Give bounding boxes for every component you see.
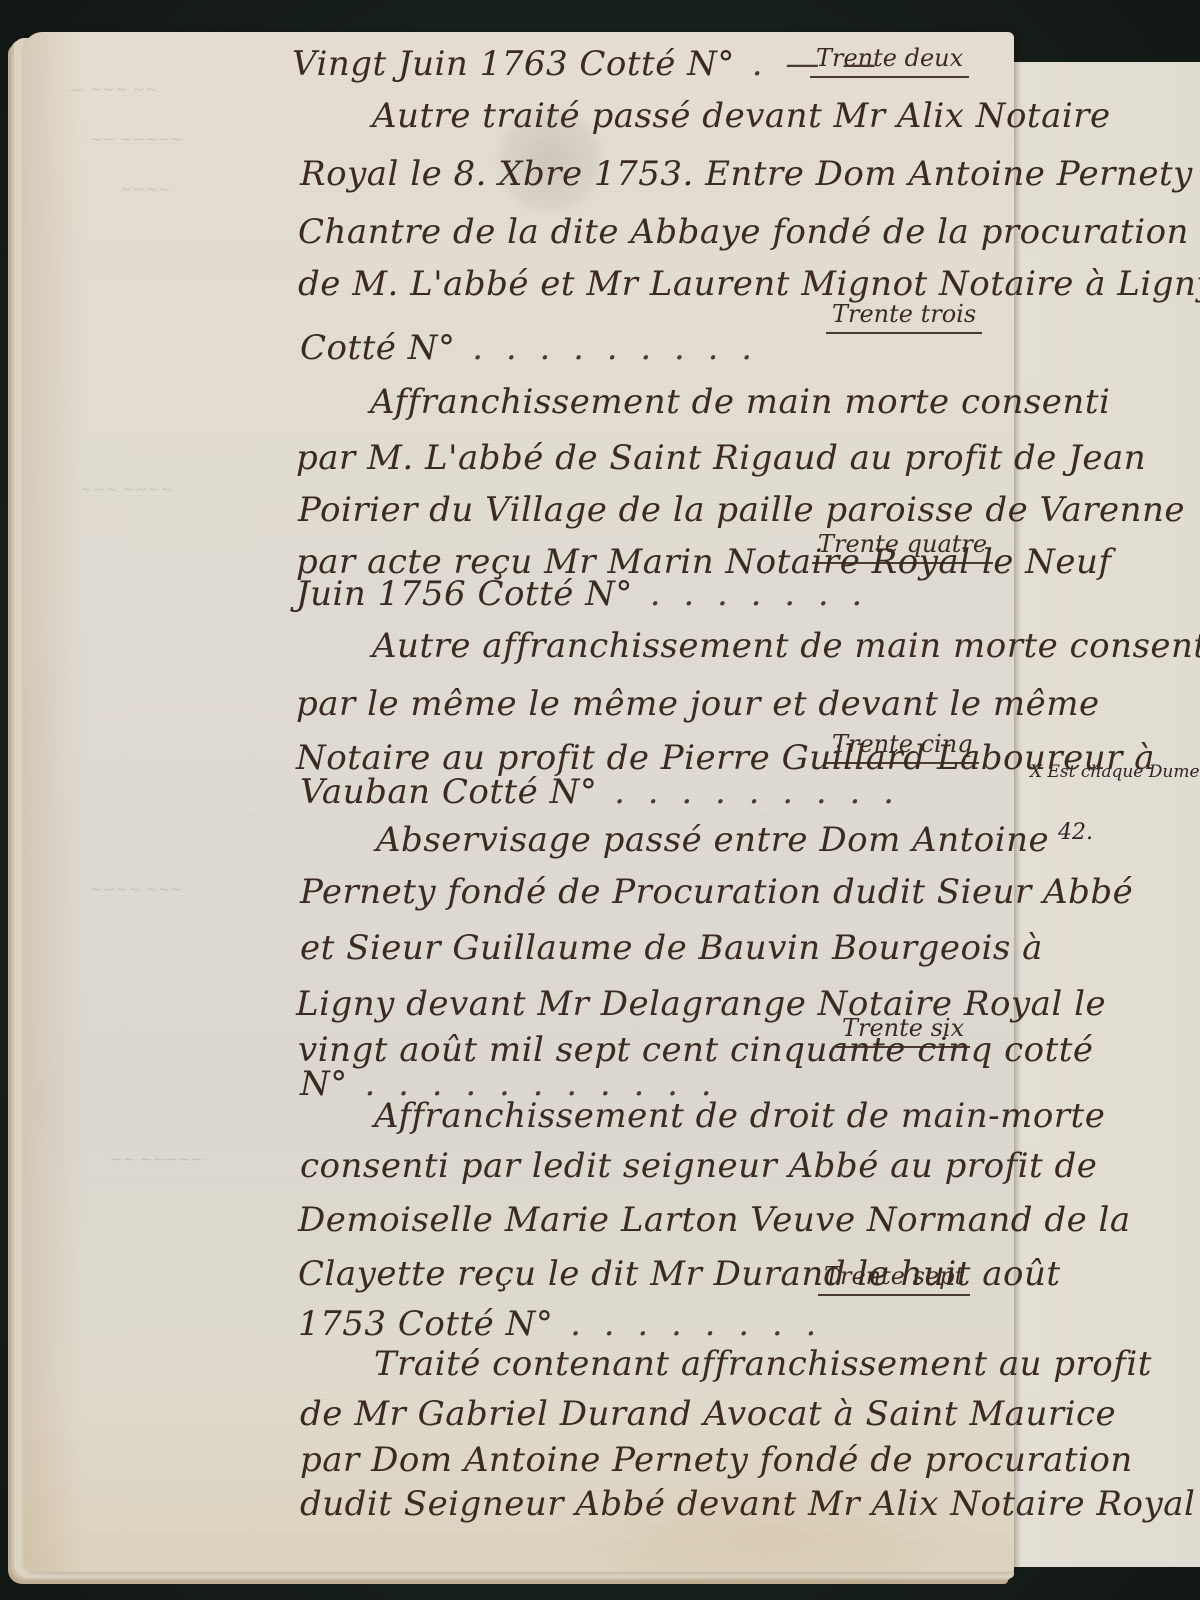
text-line: Traité contenant affranchissement au pro…	[374, 1344, 1152, 1384]
leader-dots: . . . . . . . . .	[456, 328, 759, 368]
bleed-through-text: ~~~~	[120, 180, 170, 198]
text-line-content: et Sieur Guillaume de Bauvin Bourgeois à	[300, 928, 1043, 968]
text-line: Cotté N° . . . . . . . . .	[300, 328, 758, 368]
text-line: Chantre de la dite Abbaye fondé de la pr…	[298, 212, 1189, 252]
leader-dots: . . . . . . . . .	[597, 772, 900, 812]
text-line-content: Autre traité passé devant Mr Alix Notair…	[372, 96, 1111, 136]
text-line: Autre affranchissement de main morte con…	[372, 626, 1200, 666]
text-line: Affranchissement de main morte consenti	[370, 382, 1110, 422]
margin-number: 42.	[1058, 820, 1093, 845]
text-line: Poirier du Village de la paille paroisse…	[298, 490, 1185, 530]
text-line: Abservisage passé entre Dom Antoine	[376, 820, 1049, 860]
text-line: Clayette reçu le dit Mr Durand le huit a…	[298, 1254, 1061, 1294]
text-line-content: Pernety fondé de Procuration dudit Sieur…	[300, 872, 1133, 912]
text-line: de M. L'abbé et Mr Laurent Mignot Notair…	[298, 264, 1200, 304]
text-line-content: Juin 1756 Cotté N°	[296, 574, 633, 614]
text-line-content: par le même le même jour et devant le mê…	[296, 684, 1100, 724]
text-line-content: Ligny devant Mr Delagrange Notaire Royal…	[296, 984, 1106, 1024]
text-line: consenti par ledit seigneur Abbé au prof…	[300, 1146, 1097, 1186]
text-line-content: 1753 Cotté N°	[298, 1304, 553, 1344]
text-line: Pernety fondé de Procuration dudit Sieur…	[300, 872, 1133, 912]
text-line: Vauban Cotté N° . . . . . . . . .	[300, 772, 900, 812]
text-line-content: Autre affranchissement de main morte con…	[372, 626, 1200, 666]
text-line-content: Affranchissement de main morte consenti	[370, 382, 1110, 422]
text-line: Royal le 8. Xbre 1753. Entre Dom Antoine…	[300, 154, 1193, 194]
leader-dots: . . . . . . .	[633, 574, 868, 614]
text-line-content: Abservisage passé entre Dom Antoine	[376, 820, 1049, 860]
leader-dots: . . . . . . . .	[553, 1304, 822, 1344]
reference-number: Trente trois	[826, 300, 982, 334]
text-line: Autre traité passé devant Mr Alix Notair…	[372, 96, 1111, 136]
text-line-content: dudit Seigneur Abbé devant Mr Alix Notai…	[300, 1484, 1195, 1524]
text-line: Demoiselle Marie Larton Veuve Normand de…	[298, 1200, 1131, 1240]
text-line-content: Cotté N°	[300, 328, 456, 368]
text-line-content: Vingt Juin 1763 Cotté N°	[292, 44, 735, 84]
text-line-content: de M. L'abbé et Mr Laurent Mignot Notair…	[298, 264, 1200, 304]
text-line-content: par Dom Antoine Pernety fondé de procura…	[300, 1440, 1133, 1480]
text-line-content: Chantre de la dite Abbaye fondé de la pr…	[298, 212, 1189, 252]
text-line: Juin 1756 Cotté N° . . . . . . .	[296, 574, 868, 614]
text-line: Ligny devant Mr Delagrange Notaire Royal…	[296, 984, 1106, 1024]
text-line: et Sieur Guillaume de Bauvin Bourgeois à	[300, 928, 1043, 968]
text-line-content: N°	[300, 1064, 348, 1104]
bleed-through-text: — ~~~ ~~	[70, 80, 157, 98]
text-line-content: Affranchissement de droit de main-morte	[374, 1096, 1105, 1136]
bleed-through-text: ~~ ~~~~~	[90, 130, 183, 148]
bleed-through-text: ~~~ ~~~~	[80, 480, 173, 498]
bleed-through-text: ~~~~ ~~~	[90, 880, 183, 898]
text-line: par M. L'abbé de Saint Rigaud au profit …	[296, 438, 1146, 478]
text-line-content: Royal le 8. Xbre 1753. Entre Dom Antoine…	[300, 154, 1193, 194]
text-line-content: Traité contenant affranchissement au pro…	[374, 1344, 1152, 1384]
text-line: par Dom Antoine Pernety fondé de procura…	[300, 1440, 1133, 1480]
text-line-content: Vauban Cotté N°	[300, 772, 597, 812]
text-line-content: Clayette reçu le dit Mr Durand le huit a…	[298, 1254, 1061, 1294]
bleed-through-text: ~~ ~~~~~	[110, 1150, 203, 1168]
text-line: par le même le même jour et devant le mê…	[296, 684, 1100, 724]
text-line: dudit Seigneur Abbé devant Mr Alix Notai…	[300, 1484, 1195, 1524]
text-line: Affranchissement de droit de main-morte	[374, 1096, 1105, 1136]
text-line-content: Poirier du Village de la paille paroisse…	[298, 490, 1185, 530]
text-line-content: consenti par ledit seigneur Abbé au prof…	[300, 1146, 1097, 1186]
text-line-content: Demoiselle Marie Larton Veuve Normand de…	[298, 1200, 1131, 1240]
leader-dots: . — —	[735, 44, 882, 84]
text-line-content: de Mr Gabriel Durand Avocat à Saint Maur…	[300, 1394, 1116, 1434]
text-line: 1753 Cotté N° . . . . . . . .	[298, 1304, 822, 1344]
text-line-content: par M. L'abbé de Saint Rigaud au profit …	[296, 438, 1146, 478]
text-line: de Mr Gabriel Durand Avocat à Saint Maur…	[300, 1394, 1116, 1434]
text-line: Vingt Juin 1763 Cotté N° . — —	[292, 44, 882, 84]
